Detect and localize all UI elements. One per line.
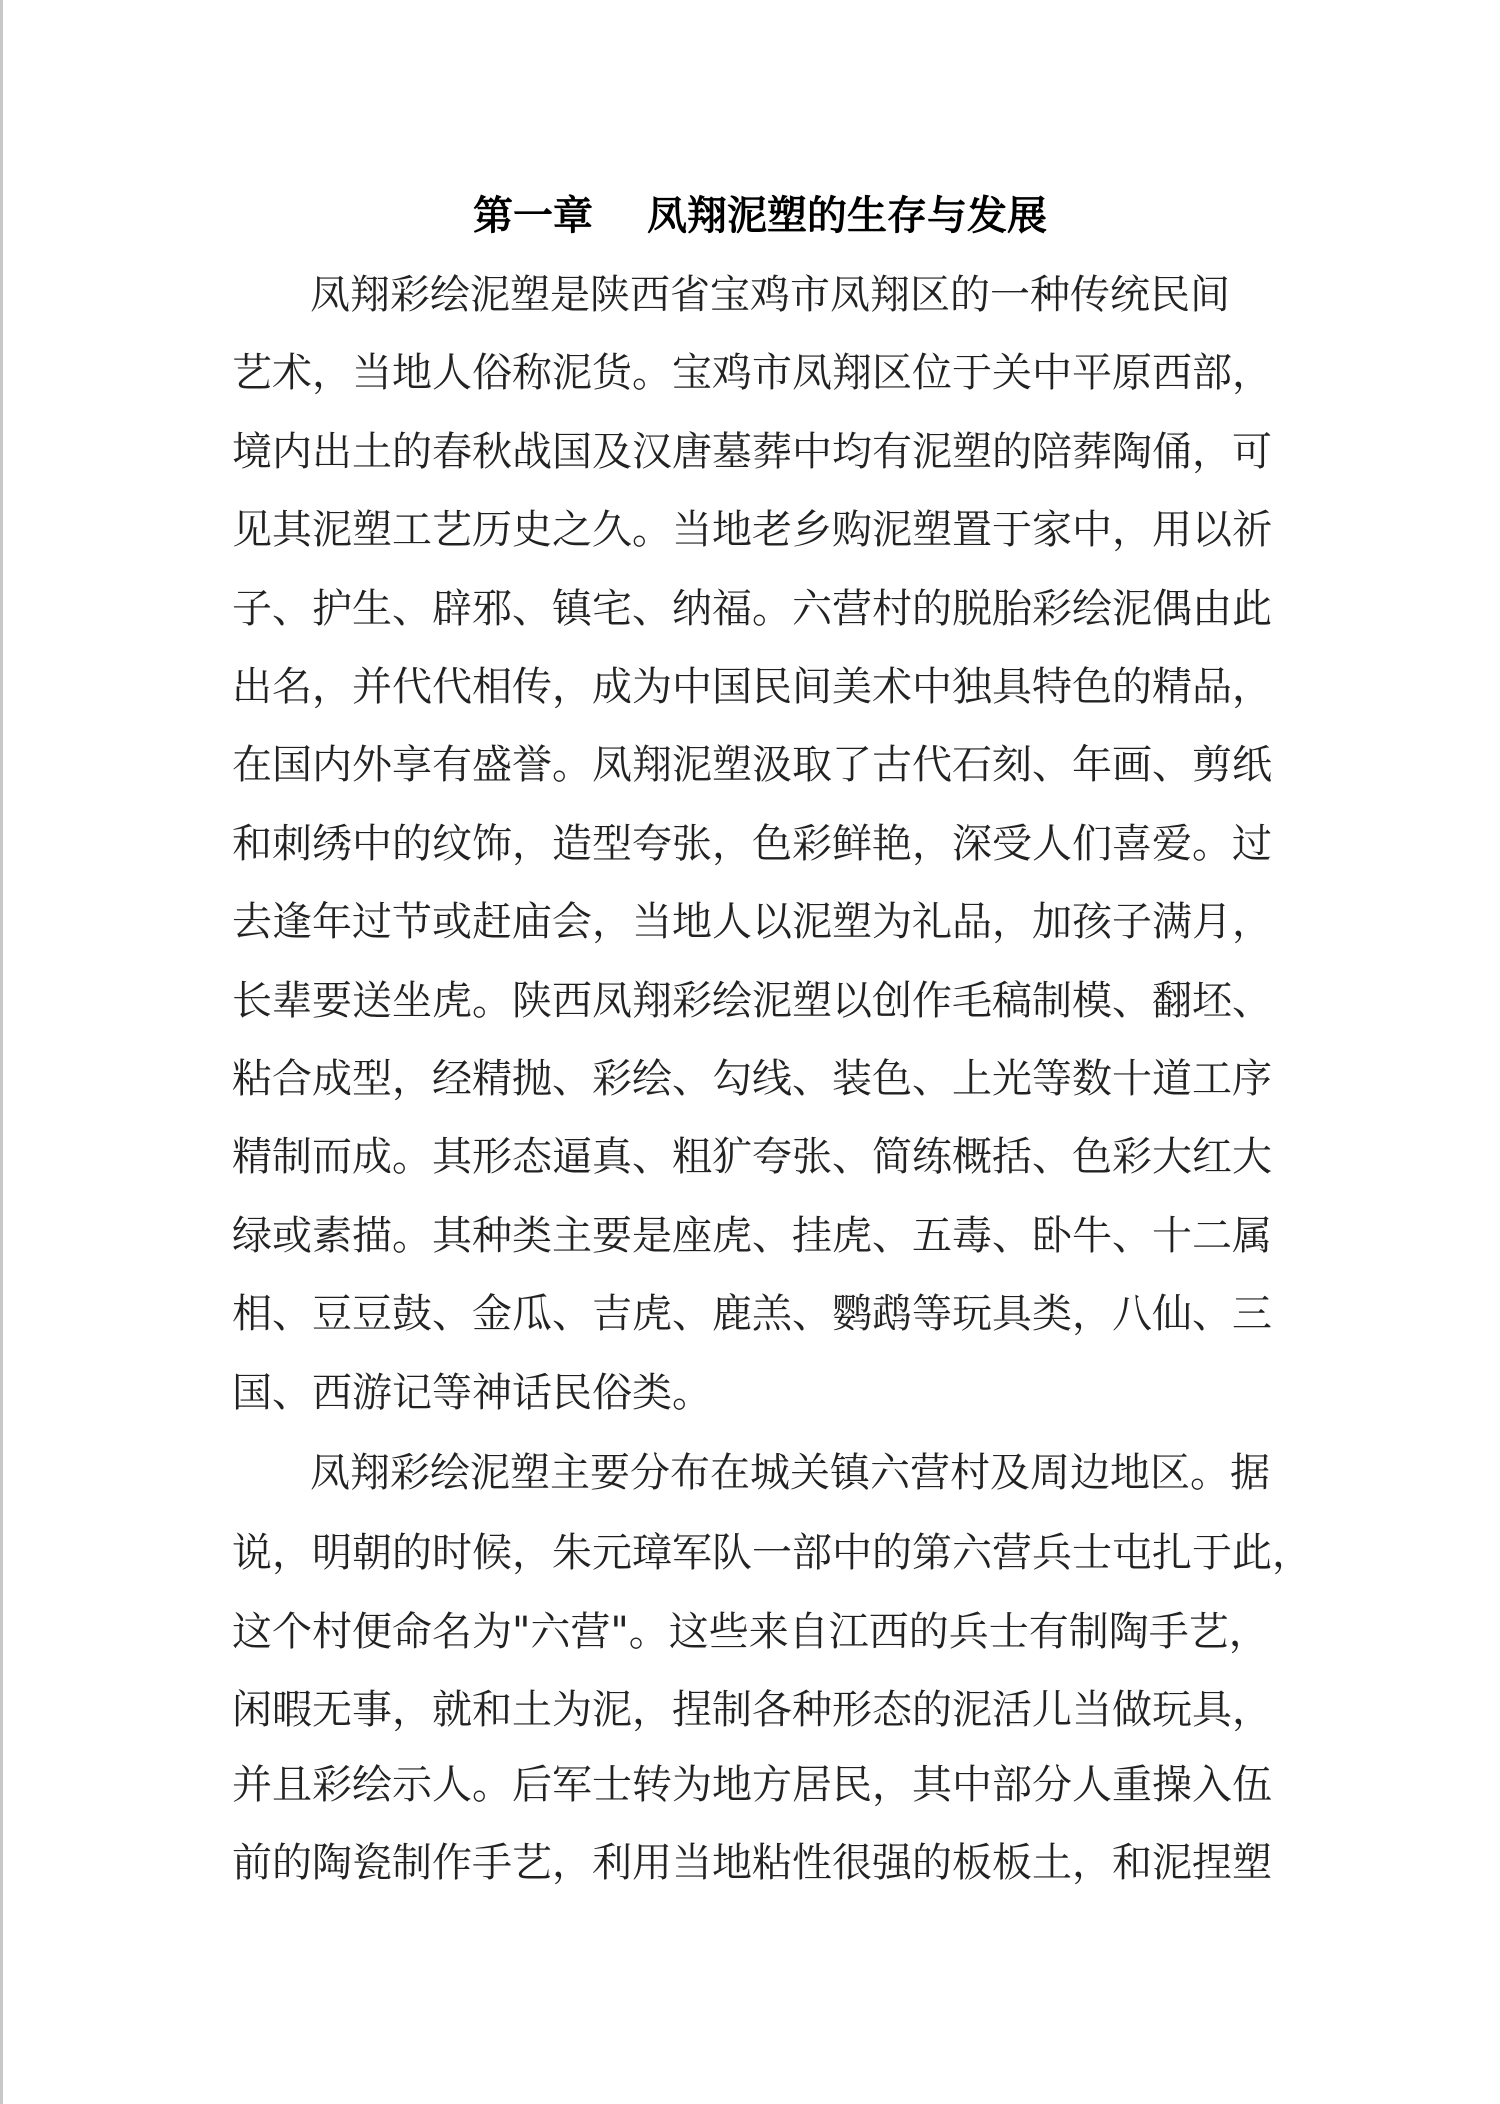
chapter-number: 第一章 <box>473 193 593 239</box>
text-line: 前的陶瓷制作手艺，利用当地粘性很强的板板土，和泥捏塑 <box>232 1839 1292 1887</box>
text-line: 说，明朝的时候，朱元璋军队一部中的第六营兵士屯扎于此， <box>232 1529 1292 1577</box>
chapter-title: 第一章凤翔泥塑的生存与发展 <box>0 193 1500 239</box>
text-line: 精制而成。其形态逼真、粗犷夸张、简练概括、色彩大红大 <box>232 1133 1292 1181</box>
text-line: 绿或素描。其种类主要是座虎、挂虎、五毒、卧牛、十二属 <box>232 1212 1292 1260</box>
text-line: 出名，并代代相传，成为中国民间美术中独具特色的精品， <box>232 663 1292 711</box>
text-line: 凤翔彩绘泥塑是陕西省宝鸡市凤翔区的一种传统民间 <box>310 271 1370 319</box>
text-line: 去逢年过节或赶庙会，当地人以泥塑为礼品，加孩子满月， <box>232 898 1292 946</box>
text-line: 艺术，当地人俗称泥货。宝鸡市凤翔区位于关中平原西部， <box>232 349 1292 397</box>
text-line: 子、护生、辟邪、镇宅、纳福。六营村的脱胎彩绘泥偶由此 <box>232 585 1292 633</box>
chapter-name: 凤翔泥塑的生存与发展 <box>647 193 1047 239</box>
text-line: 境内出土的春秋战国及汉唐墓葬中均有泥塑的陪葬陶俑，可 <box>232 428 1292 476</box>
text-line: 见其泥塑工艺历史之久。当地老乡购泥塑置于家中，用以祈 <box>232 506 1292 554</box>
text-line: 这个村便命名为"六营"。这些来自江西的兵士有制陶手艺， <box>232 1608 1292 1656</box>
text-line: 国、西游记等神话民俗类。 <box>232 1369 1292 1417</box>
text-line: 闲暇无事，就和土为泥，捏制各种形态的泥活儿当做玩具， <box>232 1686 1292 1734</box>
text-line: 在国内外享有盛誉。凤翔泥塑汲取了古代石刻、年画、剪纸 <box>232 741 1292 789</box>
text-line: 粘合成型，经精抛、彩绘、勾线、装色、上光等数十道工序 <box>232 1055 1292 1103</box>
text-line: 长辈要送坐虎。陕西凤翔彩绘泥塑以创作毛稿制模、翻坯、 <box>232 977 1292 1025</box>
page-left-edge <box>0 0 3 2104</box>
text-line: 并且彩绘示人。后军士转为地方居民，其中部分人重操入伍 <box>232 1761 1292 1809</box>
text-line: 和刺绣中的纹饰，造型夸张，色彩鲜艳，深受人们喜爱。过 <box>232 820 1292 868</box>
text-line: 凤翔彩绘泥塑主要分布在城关镇六营村及周边地区。据 <box>310 1449 1370 1497</box>
text-line: 相、豆豆鼓、金瓜、吉虎、鹿羔、鹦鹉等玩具类，八仙、三 <box>232 1290 1292 1338</box>
